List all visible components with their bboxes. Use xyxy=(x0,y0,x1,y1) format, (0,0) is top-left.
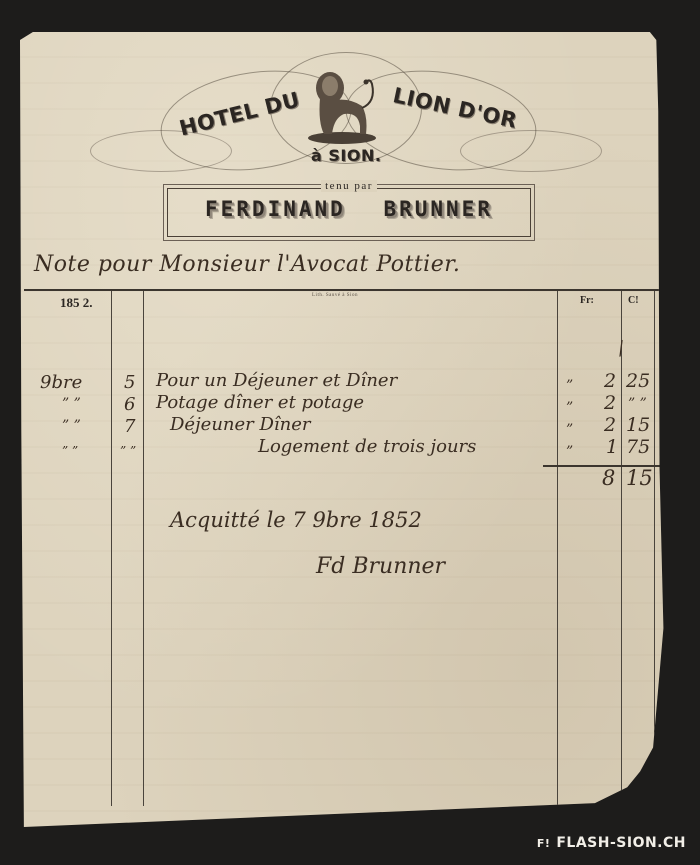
proprietor-name: FERDINAND BRUNNER xyxy=(168,197,530,221)
row-francs: 2 xyxy=(604,414,616,436)
flash-sion-logo-icon: F! xyxy=(537,837,551,850)
row-month: ” ” xyxy=(62,396,81,412)
row-centimes: 75 xyxy=(626,436,650,458)
row-day: 6 xyxy=(124,394,135,415)
col-line-francs xyxy=(557,291,558,806)
col-header-francs: Fr: xyxy=(580,295,594,306)
row-month: ” ” xyxy=(62,444,78,458)
ornament-scroll-right xyxy=(460,130,602,172)
note-heading: Note pour Monsieur l'Avocat Pottier. xyxy=(34,252,460,277)
lion-emblem-icon xyxy=(302,68,382,146)
row-centimes: 15 xyxy=(626,414,650,436)
row-ditto: ” xyxy=(566,378,573,394)
col-line-day xyxy=(143,291,144,806)
col-line-end xyxy=(654,291,655,791)
invoice-paper: HOTEL DU LION D'OR à SION. tenu par FERD… xyxy=(20,32,666,827)
watermark-text: FLASH-SION.CH xyxy=(556,835,686,851)
tenu-par-label: tenu par xyxy=(168,180,530,192)
year-label: 185 2. xyxy=(60,295,93,311)
row-month: 9bre xyxy=(40,372,82,393)
row-month: ” ” xyxy=(62,418,81,434)
hotel-location: à SION. xyxy=(311,146,381,165)
row-day: ” ” xyxy=(120,444,136,458)
row-description: Pour un Déjeuner et Dîner xyxy=(156,370,397,391)
row-description: Déjeuner Dîner xyxy=(170,414,311,435)
total-centimes: 15 xyxy=(626,466,653,490)
col-header-centimes: C! xyxy=(628,295,639,306)
row-centimes: ” ” xyxy=(628,396,647,412)
ornament-scroll-left xyxy=(90,130,232,172)
row-ditto: ” xyxy=(566,444,573,460)
row-ditto: ” xyxy=(566,422,573,438)
tick-mark: / xyxy=(615,338,628,360)
row-ditto: ” xyxy=(566,400,573,416)
signature: Fd Brunner xyxy=(316,554,445,579)
row-description: Potage dîner et potage xyxy=(156,392,364,413)
row-day: 7 xyxy=(124,416,135,437)
col-line-date xyxy=(111,291,112,806)
row-description: Logement de trois jours xyxy=(258,436,476,457)
row-francs: 2 xyxy=(604,370,616,392)
row-centimes: 25 xyxy=(626,370,650,392)
acquitted-note: Acquitté le 7 9bre 1852 xyxy=(170,508,422,532)
total-francs: 8 xyxy=(602,466,615,490)
watermark: F!FLASH-SION.CH xyxy=(537,835,686,851)
col-line-centimes xyxy=(621,291,622,796)
row-francs: 1 xyxy=(606,436,618,458)
row-day: 5 xyxy=(124,372,135,393)
proprietor-box: tenu par FERDINAND BRUNNER xyxy=(167,188,531,237)
ledger-header-rule xyxy=(24,289,660,291)
row-francs: 2 xyxy=(604,392,616,414)
printer-credit: Lith. Sauvé à Sion xyxy=(312,293,358,298)
